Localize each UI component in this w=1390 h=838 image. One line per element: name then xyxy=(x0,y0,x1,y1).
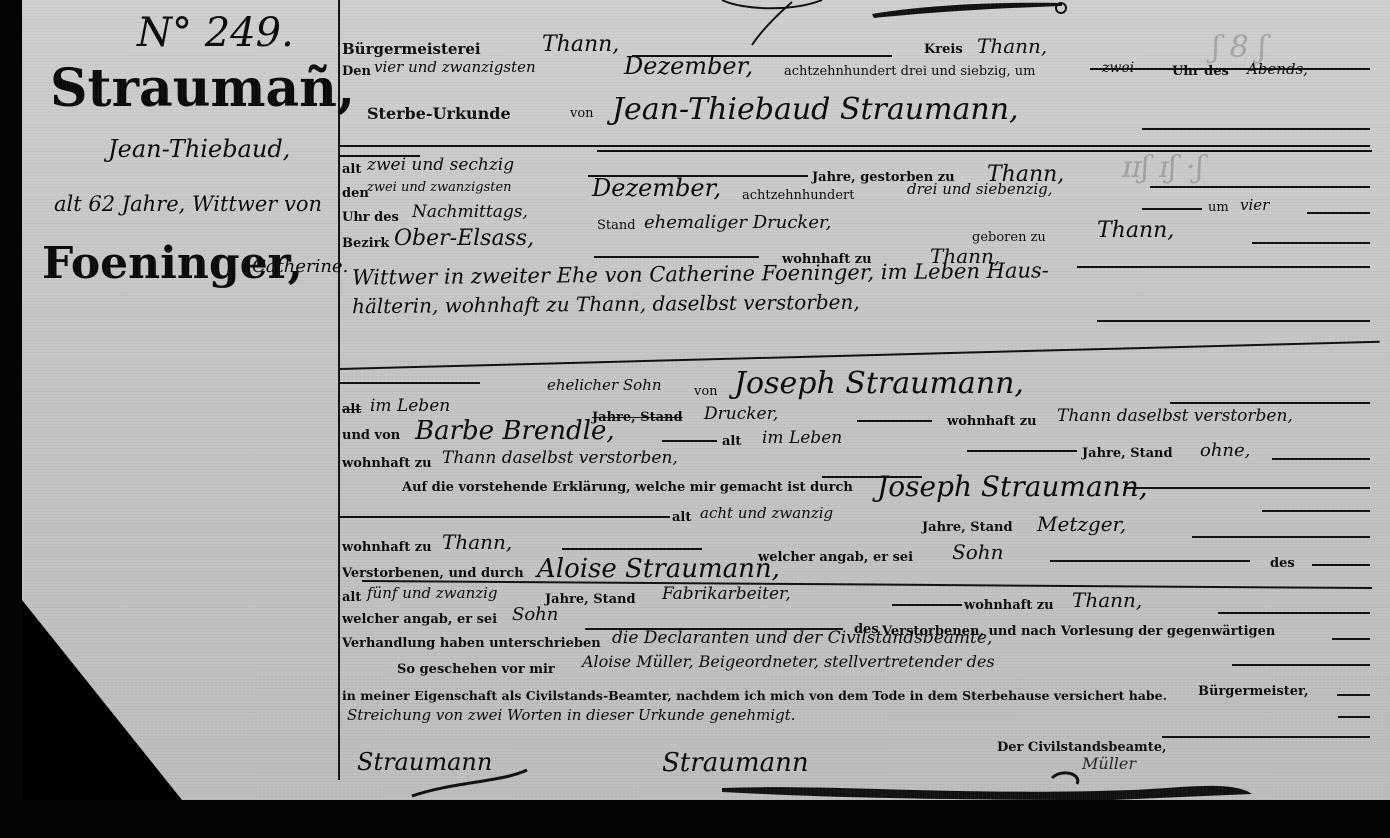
form-line xyxy=(967,450,1077,452)
mother-age: im Leben xyxy=(762,428,842,448)
scan-border-bottom xyxy=(0,800,1390,838)
den-label: Den xyxy=(342,64,371,79)
capacity-text: in meiner Eigenschaft als Civilstands-Be… xyxy=(342,688,1167,703)
death-certificate-page: ʃ 8 ʃ ɪɪʃ ɪʃ ·ʃ N° 249. Straumañ, Jean-T… xyxy=(22,0,1390,800)
buergermeister-label: Bürgermeister, xyxy=(1198,684,1309,699)
father-wohnhaft-label: wohnhaft zu xyxy=(947,414,1037,429)
remarks-line-2: hälterin, wohnhaft zu Thann, daselbst ve… xyxy=(352,290,860,318)
deceased-occupation: ehemaliger Drucker, xyxy=(644,212,831,233)
form-line xyxy=(1252,242,1370,244)
declarant2-prefix: Verstorbenen, und durch xyxy=(342,566,524,581)
form-line xyxy=(1142,128,1370,130)
scan-border-left xyxy=(0,0,22,838)
document-title: Sterbe-Urkunde xyxy=(367,104,511,123)
title-von-label: von xyxy=(570,106,594,121)
mother-name: Barbe Brendle, xyxy=(415,416,615,446)
form-line xyxy=(1332,638,1370,640)
deceased-name: Jean-Thiebaud Straumann, xyxy=(612,92,1019,127)
registration-month: Dezember, xyxy=(624,52,753,80)
official-title: Der Civilstandsbeamte, xyxy=(997,740,1167,755)
mother-wohnhaft-label: wohnhaft zu xyxy=(342,456,432,471)
deceased-age: zwei und sechzig xyxy=(367,155,514,175)
death-hour: vier xyxy=(1240,196,1269,214)
remarks-line-1: Wittwer in zweiter Ehe von Catherine Foe… xyxy=(352,258,1049,289)
declaration-intro: Auf die vorstehende Erklärung, welche mi… xyxy=(402,480,853,495)
form-line xyxy=(1307,212,1370,214)
declarant1-occupation: Metzger, xyxy=(1037,512,1126,536)
form-line xyxy=(1337,694,1370,696)
declarant2-jahre-stand-label: Jahre, Stand xyxy=(545,592,636,607)
form-line xyxy=(1124,487,1370,489)
bezirk-label: Bezirk xyxy=(342,236,389,251)
registration-year-printed: achtzehnhundert drei und siebzig, um xyxy=(784,64,1035,79)
father-name: Joseph Straumann, xyxy=(734,366,1024,401)
declarant1-alt-label: alt xyxy=(672,510,691,525)
form-line xyxy=(857,420,932,422)
stand-label: Stand xyxy=(597,218,636,233)
form-line xyxy=(340,382,480,384)
uhr-des-label: Uhr des xyxy=(342,210,399,225)
declarant1-age: acht und zwanzig xyxy=(700,504,833,522)
death-period: Nachmittags, xyxy=(412,202,528,222)
faint-stamp-mark: ɪɪʃ ɪʃ ·ʃ xyxy=(1122,150,1204,185)
declarant2-residence: Thann, xyxy=(1072,588,1142,612)
declarant1-name: Joseph Straumann, xyxy=(877,470,1148,503)
declarant1-angab-label: welcher angab, er sei xyxy=(758,550,913,565)
form-line xyxy=(340,516,670,518)
form-line xyxy=(340,145,1370,147)
deceased-alt-label: alt xyxy=(342,162,361,177)
death-year: drei und siebenzig, xyxy=(907,180,1053,198)
um-label: um xyxy=(1208,200,1229,215)
margin-spouse-given: Catherine. xyxy=(252,256,348,277)
declarant1-residence: Thann, xyxy=(442,530,512,554)
form-line xyxy=(562,548,702,550)
form-line xyxy=(1272,458,1370,460)
registration-period: Abends, xyxy=(1247,60,1308,78)
form-line xyxy=(1150,186,1370,188)
uhr-label: Uhr des xyxy=(1172,64,1229,79)
form-line xyxy=(892,604,962,606)
form-line xyxy=(1262,510,1370,512)
form-line xyxy=(662,440,717,442)
kreis-label: Kreis xyxy=(924,42,963,57)
declarant1-relation: Sohn xyxy=(952,540,1004,564)
mother-occupation: ohne, xyxy=(1200,440,1250,461)
und-von-label: und von xyxy=(342,428,400,443)
father-residence: Thann daselbst verstorben, xyxy=(1057,406,1293,426)
buergermeisterei-value: Thann, xyxy=(542,32,619,57)
geschehen-label: So geschehen vor mir xyxy=(397,662,555,677)
mother-residence: Thann daselbst verstorben, xyxy=(442,448,678,468)
margin-age-status: alt 62 Jahre, Wittwer von xyxy=(54,192,322,216)
buergermeisterei-label: Bürgermeisterei xyxy=(342,40,481,58)
death-month: Dezember, xyxy=(592,174,721,202)
filiation-relation: ehelicher Sohn xyxy=(547,376,662,394)
signature-official: Müller xyxy=(1082,754,1136,773)
bezirk-value: Ober-Elsass, xyxy=(394,226,534,251)
form-line xyxy=(1232,664,1370,666)
achtzehnhundert-label: achtzehnhundert xyxy=(742,188,855,203)
declarant2-angab-label: welcher angab, er sei xyxy=(342,612,497,627)
margin-surname: Straumañ, xyxy=(50,58,355,119)
signature-flourish-icon xyxy=(402,762,542,802)
declarant1-jahre-stand-label: Jahre, Stand xyxy=(922,520,1013,535)
kreis-value: Thann, xyxy=(977,34,1047,58)
declarant2-age: fünf und zwanzig xyxy=(367,584,498,602)
geboren-label: geboren zu xyxy=(972,230,1046,245)
form-line xyxy=(1338,716,1370,718)
declarant2-name: Aloise Straumann, xyxy=(537,554,780,584)
declarant2-alt-label: alt xyxy=(342,590,361,605)
form-line xyxy=(1192,536,1370,538)
registration-hour: zwei xyxy=(1102,60,1134,76)
signed-label: Verhandlung haben unterschrieben xyxy=(342,636,601,651)
form-line xyxy=(1312,564,1370,566)
form-line xyxy=(1077,266,1370,268)
form-line xyxy=(1218,612,1370,614)
birthplace: Thann, xyxy=(1097,218,1174,243)
father-occupation: Drucker, xyxy=(704,404,778,424)
father-age: im Leben xyxy=(370,396,450,416)
father-alt-label: alt xyxy=(342,402,361,417)
record-number: N° 249. xyxy=(137,10,294,56)
margin-given-names: Jean-Thiebaud, xyxy=(108,135,290,163)
mother-alt-label: alt xyxy=(722,434,741,449)
form-line xyxy=(1142,208,1202,210)
form-line xyxy=(594,256,759,258)
declarant2-wohnhaft-label: wohnhaft zu xyxy=(964,598,1054,613)
form-line xyxy=(1170,402,1370,404)
mother-jahre-stand-label: Jahre, Stand xyxy=(1082,446,1173,461)
signed-value: die Declaranten und der Civilstandsbeamt… xyxy=(612,628,992,648)
declarant1-wohnhaft-label: wohnhaft zu xyxy=(342,540,432,555)
official-name: Aloise Müller, Beigeordneter, stellvertr… xyxy=(582,652,995,671)
corrections-note: Streichung von zwei Worten in dieser Urk… xyxy=(347,706,796,724)
registration-day: vier und zwanzigsten xyxy=(374,58,536,76)
death-day: zwei und zwanzigsten xyxy=(367,180,512,195)
form-line xyxy=(1050,560,1250,562)
father-von-label: von xyxy=(694,384,718,399)
form-line xyxy=(1162,736,1370,738)
den-prefix: den xyxy=(342,186,369,201)
form-line xyxy=(1097,320,1370,322)
declarant1-des-label: des xyxy=(1270,556,1295,571)
declarant2-occupation: Fabrikarbeiter, xyxy=(662,584,791,604)
declarant2-relation: Sohn xyxy=(512,604,558,625)
form-line xyxy=(362,580,1372,589)
form-line xyxy=(597,150,1372,152)
